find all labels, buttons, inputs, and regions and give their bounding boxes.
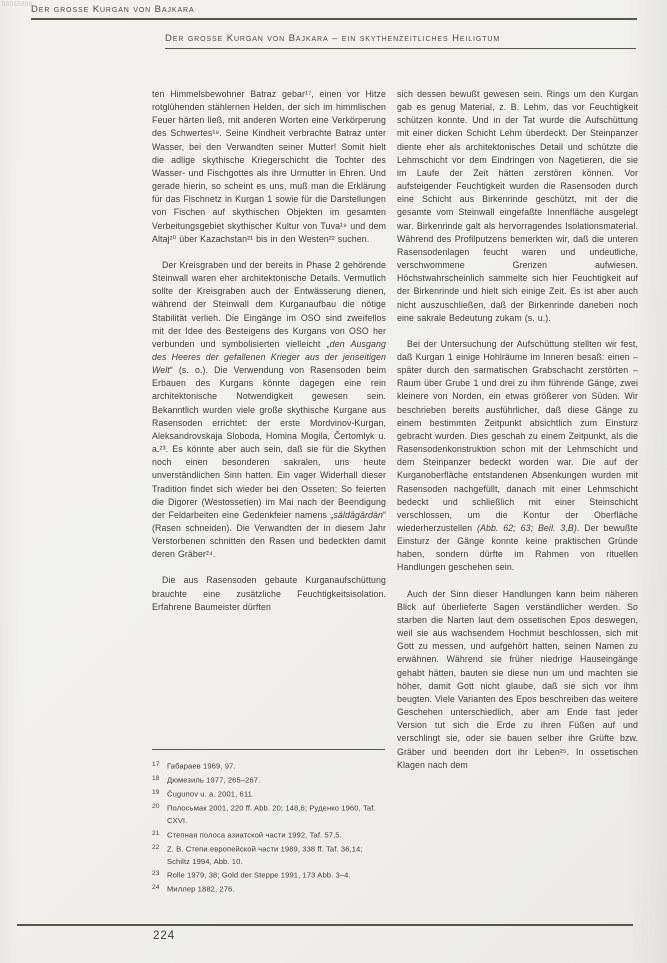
paragraph: Bei der Untersuchung der Aufschüttung st… bbox=[397, 338, 638, 575]
footnote: 23Rolle 1979, 38; Gold der Steppe 1991, … bbox=[152, 868, 386, 882]
paragraph: ten Himmelsbewohner Batraz gebar¹⁷, eine… bbox=[152, 88, 386, 246]
footnote-text: Rolle 1979, 38; Gold der Steppe 1991, 17… bbox=[167, 871, 351, 880]
footnote: 18Дюмезиль 1977, 265–267. bbox=[152, 773, 386, 787]
paragraph: Der Kreisgraben und der bereits in Phase… bbox=[152, 259, 386, 562]
running-head: Der grosse Kurgan von Bajkara bbox=[31, 4, 195, 15]
footnote-number: 17 bbox=[152, 759, 167, 772]
page-number: 224 bbox=[153, 930, 175, 942]
footnote-text: Полосьмак 2001, 220 ff. Abb. 20; 148,6; … bbox=[167, 804, 376, 826]
italic-text: säldägärdän bbox=[333, 510, 383, 520]
footnote: 24Миллер 1882, 276. bbox=[152, 882, 386, 896]
footnote: 21Степная полоса азиатской части 1992, T… bbox=[152, 828, 386, 842]
scan-number: 00055806 bbox=[2, 2, 33, 8]
footnote-number: 23 bbox=[152, 868, 167, 881]
footnote: 20Полосьмак 2001, 220 ff. Abb. 20; 148,6… bbox=[152, 801, 386, 828]
footnote-number: 20 bbox=[152, 801, 167, 814]
footnote: 17Габараев 1969, 97. bbox=[152, 759, 386, 773]
italic-text: (Abb. 62; 63; Beil. 3,B) bbox=[477, 523, 577, 533]
book-page: 00055806 Der grosse Kurgan von Bajkara D… bbox=[0, 0, 667, 963]
paragraph: Die aus Rasensoden gebaute Kurganaufschü… bbox=[152, 574, 386, 613]
footnote: 19Čugunov u. a. 2001, 611. bbox=[152, 787, 386, 801]
footnote-separator bbox=[152, 749, 385, 750]
paragraph: sich dessen bewußt gewesen sein. Rings u… bbox=[397, 88, 638, 325]
footnote-text: Миллер 1882, 276. bbox=[167, 885, 235, 894]
chapter-title-rule bbox=[165, 48, 636, 50]
footnote-text: Степная полоса азиатской части 1992, Taf… bbox=[167, 830, 342, 839]
chapter-title: Der grosse Kurgan von Bajkara – ein skyt… bbox=[165, 33, 500, 44]
footnote-number: 18 bbox=[152, 773, 167, 786]
footnote-number: 22 bbox=[152, 842, 167, 855]
body-text: Bei der Untersuchung der Aufschüttung st… bbox=[397, 339, 638, 533]
paragraph: Auch der Sinn dieser Handlungen kann bei… bbox=[397, 588, 638, 772]
footnote-text: Čugunov u. a. 2001, 611. bbox=[167, 790, 254, 799]
footnote-text: Дюмезиль 1977, 265–267. bbox=[167, 776, 260, 785]
body-text: ten Himmelsbewohner Batraz gebar¹⁷, eine… bbox=[152, 89, 386, 244]
left-column: ten Himmelsbewohner Batraz gebar¹⁷, eine… bbox=[152, 88, 386, 614]
body-text: “ (s. o.). Die Verwendung von Rasensoden… bbox=[152, 365, 386, 520]
body-text: Die aus Rasensoden gebaute Kurganaufschü… bbox=[152, 575, 386, 611]
body-text: sich dessen bewußt gewesen sein. Rings u… bbox=[397, 89, 638, 323]
body-text: Der Kreisgraben und der bereits in Phase… bbox=[152, 260, 386, 349]
footnote-number: 24 bbox=[152, 882, 167, 895]
footnote: 22Z. B. Степи европейской части 1989, 33… bbox=[152, 842, 386, 869]
footnotes: 17Габараев 1969, 97.18Дюмезиль 1977, 265… bbox=[152, 759, 386, 896]
footer-rule bbox=[17, 924, 633, 926]
footnote-number: 21 bbox=[152, 828, 167, 841]
running-head-rule bbox=[31, 18, 637, 20]
footnote-text: Z. B. Степи европейской части 1989, 338 … bbox=[167, 844, 363, 866]
body-text: Auch der Sinn dieser Handlungen kann bei… bbox=[397, 589, 638, 770]
footnote-text: Габараев 1969, 97. bbox=[167, 762, 236, 771]
footnote-number: 19 bbox=[152, 787, 167, 800]
right-column: sich dessen bewußt gewesen sein. Rings u… bbox=[397, 88, 638, 772]
